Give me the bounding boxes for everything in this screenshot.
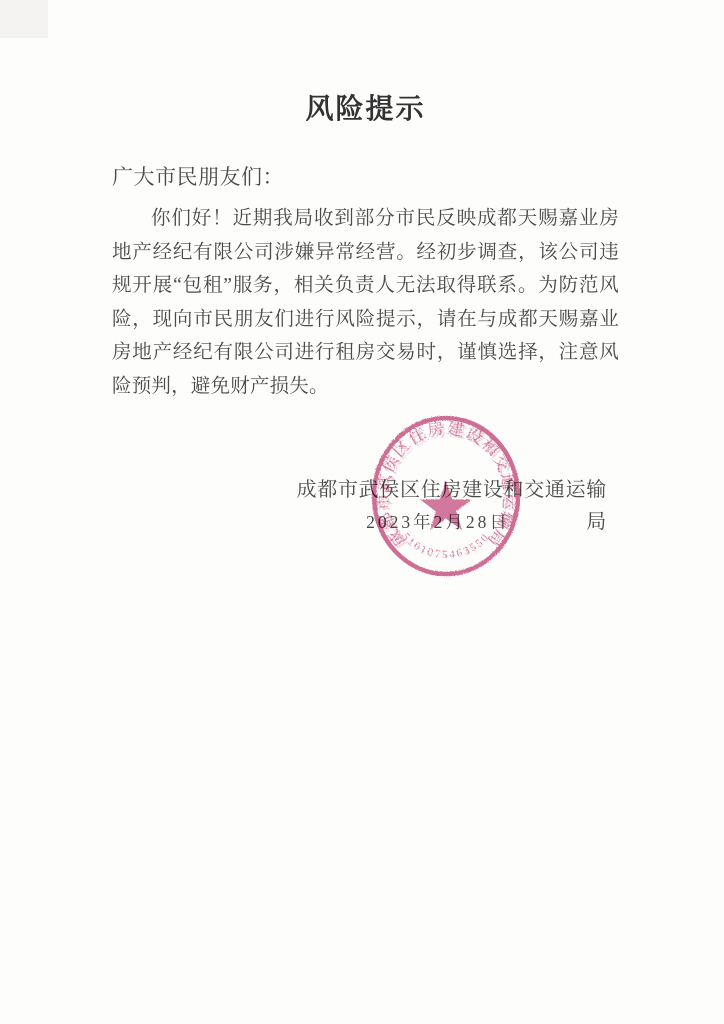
scan-artifact bbox=[0, 0, 48, 38]
document-title: 风险提示 bbox=[112, 88, 619, 132]
body-paragraph: 你们好！近期我局收到部分市民反映成都天赐嘉业房地产经纪有限公司涉嫌异常经营。经初… bbox=[112, 202, 619, 403]
scanned-document-page: 风险提示 广大市民朋友们： 你们好！近期我局收到部分市民反映成都天赐嘉业房地产经… bbox=[0, 0, 724, 1024]
issue-date: 2023年2月28日 bbox=[281, 507, 595, 537]
salutation: 广大市民朋友们： bbox=[112, 160, 619, 194]
